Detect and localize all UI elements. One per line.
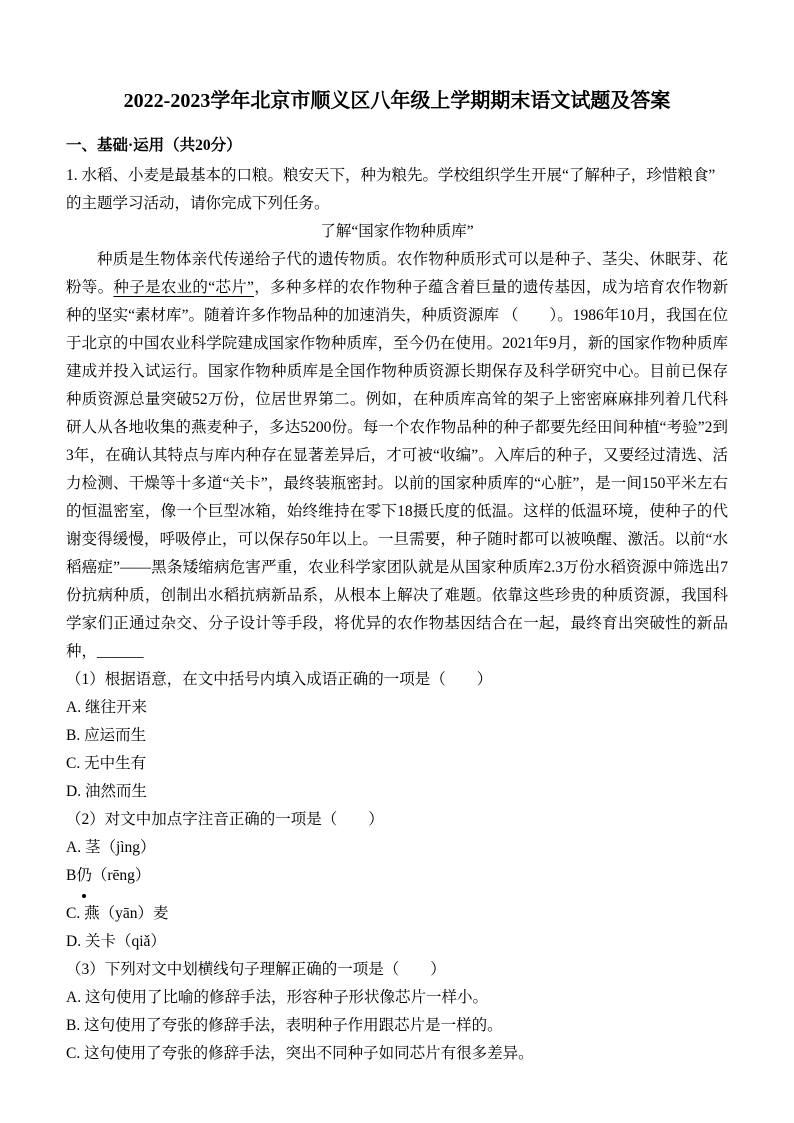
questions-block: （1）根据语意，在文中括号内填入成语正确的一项是（ ）A. 继往开来B. 应运而…	[66, 666, 728, 1068]
text-run: C. 这句使用了夸张的修辞手法，突出不同种子如同芯片有很多差异。	[66, 1045, 534, 1062]
text-run: C. 燕（yān）麦	[66, 905, 168, 922]
answer-option: C. 无中生有	[66, 750, 728, 778]
question-1: （1）根据语意，在文中括号内填入成语正确的一项是（ ）A. 继往开来B. 应运而…	[66, 666, 728, 806]
question-3: （3）下列对文中划横线句子理解正确的一项是（ ）A. 这句使用了比喻的修辞手法，…	[66, 956, 728, 1068]
text-run: D. 关卡（qiǎ）	[66, 933, 166, 950]
text-run: A. 茎（jìng）	[66, 839, 156, 856]
text-run: A. 继往开来	[66, 699, 147, 716]
answer-option: C. 这句使用了夸张的修辞手法，突出不同种子如同芯片有很多差异。	[66, 1040, 728, 1068]
answer-option: A. 茎（jìng）	[66, 834, 728, 862]
question-stem: （3）下列对文中划横线句子理解正确的一项是（ ）	[66, 956, 728, 984]
text-run: B. 应运而生	[66, 727, 146, 744]
text-run: B	[66, 867, 76, 884]
text-run: A. 这句使用了比喻的修辞手法，形容种子形状像芯片一样小。	[66, 989, 488, 1006]
answer-option: C. 燕（yān）麦	[66, 900, 728, 928]
answer-option: B. 应运而生	[66, 722, 728, 750]
passage-subtitle: 了解“国家作物种质库”	[66, 218, 728, 246]
answer-option: A. 继往开来	[66, 694, 728, 722]
passage-body: 种质是生物体亲代传递给子代的遗传物质。农作物种质形式可以是种子、茎尖、休眠芽、花…	[66, 246, 728, 666]
question-stem: （2）对文中加点字注音正确的一项是（ ）	[66, 806, 728, 834]
answer-option: D. 油然而生	[66, 778, 728, 806]
answer-option: B. 这句使用了夸张的修辞手法，表明种子作用跟芯片是一样的。	[66, 1012, 728, 1040]
text-run: C. 无中生有	[66, 755, 146, 772]
answer-option: B仍（rēng）	[66, 862, 728, 890]
text-run: D. 油然而生	[66, 783, 147, 800]
text-run: B. 这句使用了夸张的修辞手法，表明种子作用跟芯片是一样的。	[66, 1017, 503, 1034]
answer-option: A. 这句使用了比喻的修辞手法，形容种子形状像芯片一样小。	[66, 984, 728, 1012]
text-run: （rēng）	[92, 867, 151, 884]
section-heading: 一、基础·运用（共20分）	[66, 132, 728, 160]
text-run: ，多种多样的农作物种子蕴含着巨量的遗传基因，成为培育农作物新种的坚实“素材库”。…	[66, 279, 728, 660]
underlined-phrase: 种子是农业的“芯片”	[113, 279, 253, 296]
question-2: （2）对文中加点字注音正确的一项是（ ）A. 茎（jìng）B仍（rēng）C.…	[66, 806, 728, 956]
dotted-char: 仍	[76, 862, 92, 890]
task-intro: 1. 水稻、小麦是最基本的口粮。粮安天下，种为粮先。学校组织学生开展“了解种子，…	[66, 162, 728, 218]
page-title: 2022-2023学年北京市顺义区八年级上学期期末语文试题及答案	[66, 86, 728, 116]
answer-option: D. 关卡（qiǎ）	[66, 928, 728, 956]
question-stem: （1）根据语意，在文中括号内填入成语正确的一项是（ ）	[66, 666, 728, 694]
exam-page: 2022-2023学年北京市顺义区八年级上学期期末语文试题及答案 一、基础·运用…	[0, 0, 794, 1123]
